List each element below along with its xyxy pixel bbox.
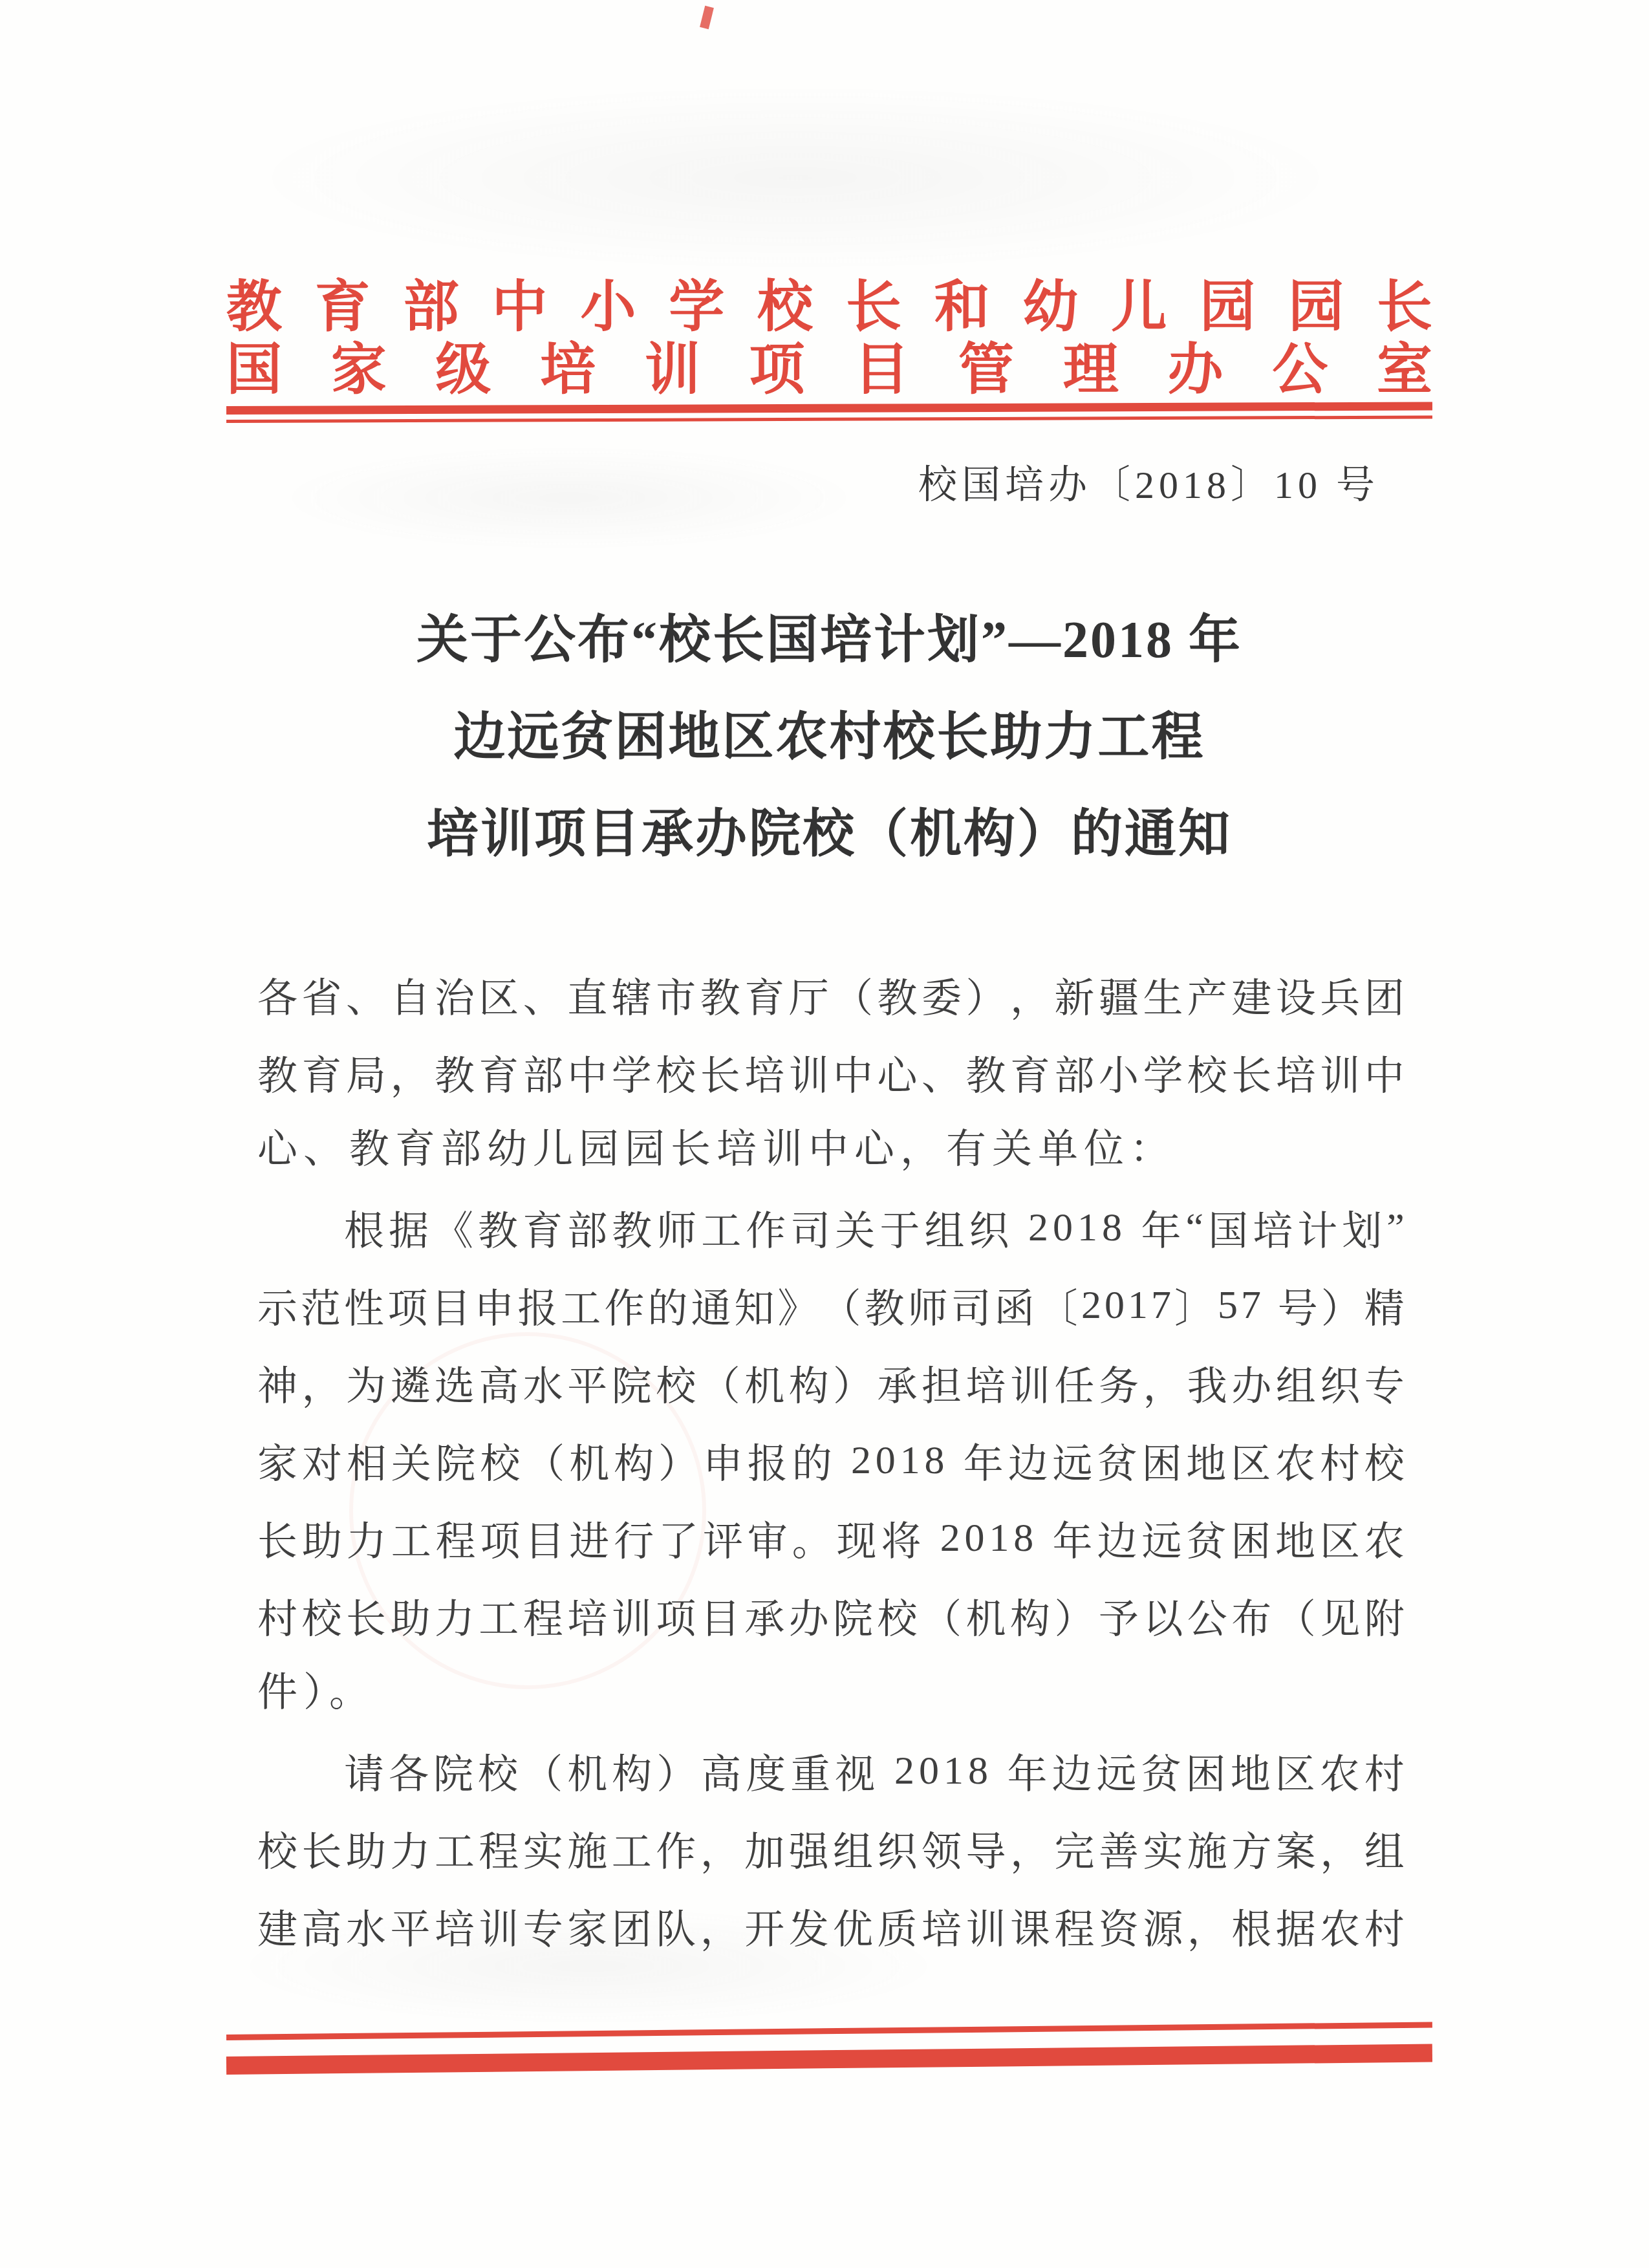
body-line: 件）。 (257, 1654, 1405, 1732)
body-line: 校长助力工程实施工作，加强组织领导，完善实施方案，组 (257, 1809, 1405, 1887)
notice-body: 各省、自治区、直辖市教育厅（教委），新疆生产建设兵团 教育局，教育部中学校长培训… (257, 956, 1405, 1965)
body-line: 心、教育部幼儿园园长培训中心，有关单位： (257, 1111, 1405, 1189)
body-line: 神，为遴选高水平院校（机构）承担培训任务，我办组织专 (257, 1344, 1405, 1421)
letterhead-divider-thick (226, 402, 1432, 415)
body-line: 建高水平培训专家团队，开发优质培训课程资源，根据农村 (257, 1887, 1405, 1965)
footer-divider-thin (226, 2022, 1432, 2040)
body-line: 示范性项目申报工作的通知》（教师司函〔2017〕57 号）精 (257, 1266, 1405, 1344)
title-line: 关于公布“校长国培计划”—2018 年 (226, 592, 1432, 689)
letterhead: 教育部中小学校长和幼儿园园长 国家级培训项目管理办公室 (226, 270, 1432, 396)
footer-divider-thick (226, 2044, 1432, 2075)
title-line: 培训项目承办院校（机构）的通知 (226, 786, 1432, 883)
bleedthrough-artifact (278, 446, 860, 550)
document-number: 校国培办〔2018〕10 号 (918, 454, 1379, 510)
letterhead-line-2: 国家级培训项目管理办公室 (226, 333, 1432, 396)
body-line: 根据《教育部教师工作司关于组织 2018 年“国培计划” (257, 1189, 1405, 1266)
body-line: 村校长助力工程培训项目承办院校（机构）予以公布（见附 (257, 1577, 1405, 1654)
bleedthrough-artifact (246, 84, 1345, 272)
letterhead-divider-thin (226, 415, 1432, 423)
scan-artifact-red-mark (700, 6, 714, 29)
letterhead-line-1: 教育部中小学校长和幼儿园园长 (226, 270, 1432, 333)
title-line: 边远贫困地区农村校长助力工程 (226, 689, 1432, 786)
body-line: 长助力工程项目进行了评审。现将 2018 年边远贫困地区农 (257, 1499, 1405, 1577)
body-line: 家对相关院校（机构）申报的 2018 年边远贫困地区农村校 (257, 1421, 1405, 1499)
notice-title: 关于公布“校长国培计划”—2018 年 边远贫困地区农村校长助力工程 培训项目承… (226, 592, 1432, 883)
body-line: 各省、自治区、直辖市教育厅（教委），新疆生产建设兵团 (257, 956, 1405, 1033)
body-line: 教育局，教育部中学校长培训中心、教育部小学校长培训中 (257, 1033, 1405, 1111)
body-line: 请各院校（机构）高度重视 2018 年边远贫困地区农村 (257, 1732, 1405, 1809)
document-page: 教育部中小学校长和幼儿园园长 国家级培训项目管理办公室 校国培办〔2018〕10… (0, 0, 1649, 2268)
